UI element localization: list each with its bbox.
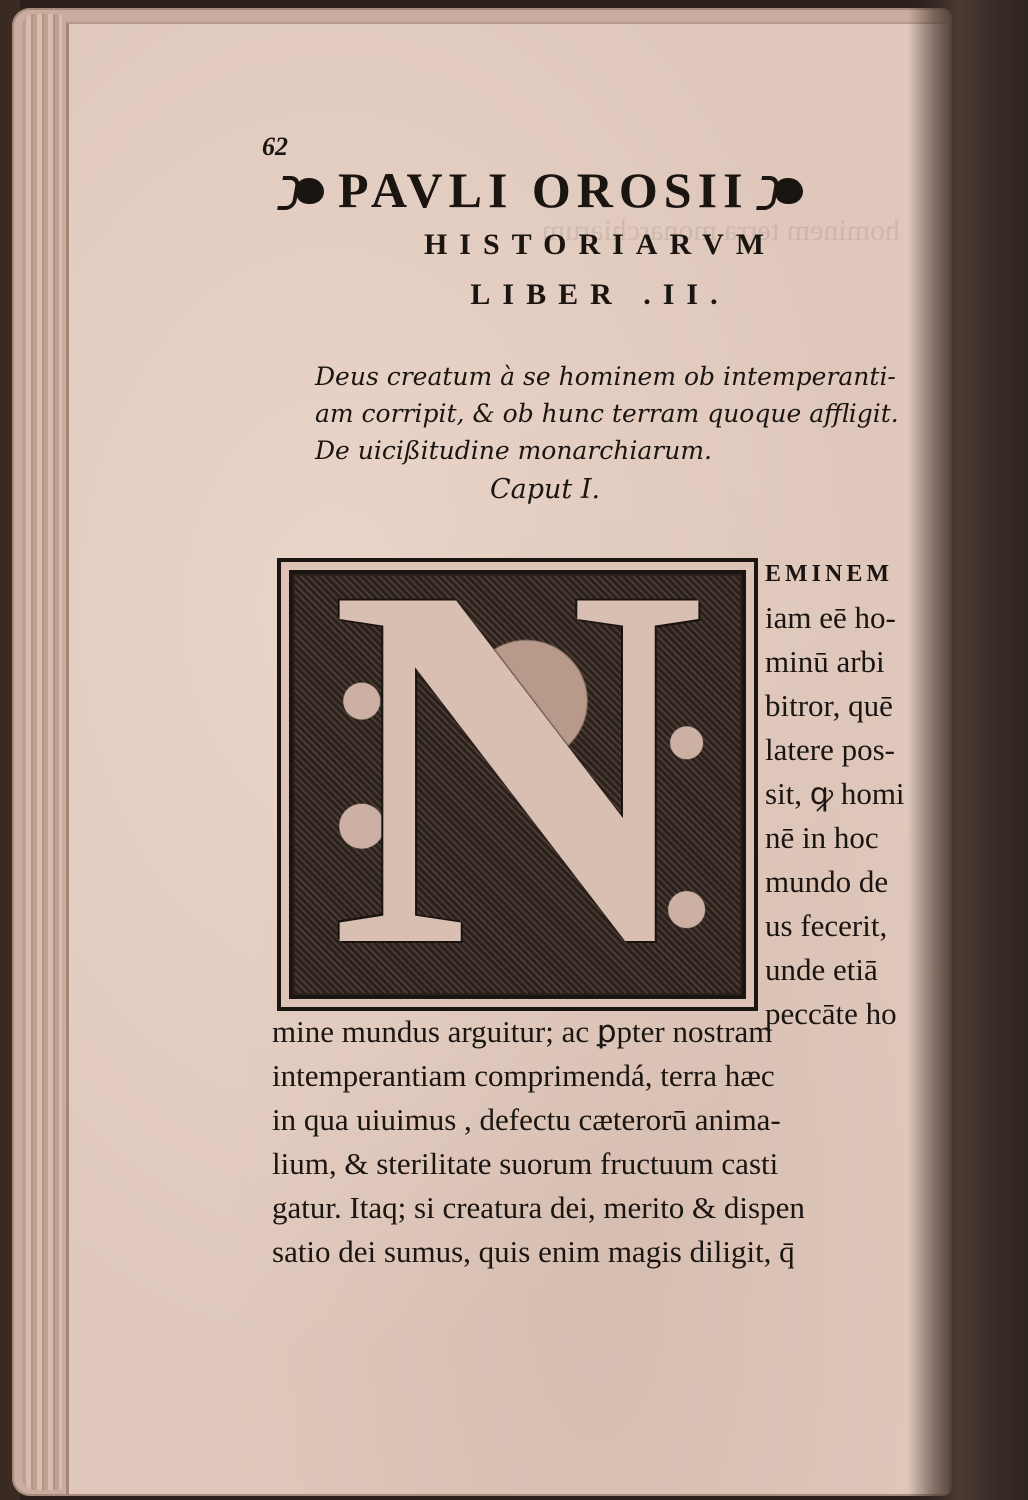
- text-line: unde etiā: [765, 948, 935, 992]
- subtitle-liber: LIBER .II.: [270, 278, 930, 312]
- summary-line: Deus creatum à se hominem ob intemperant…: [315, 358, 915, 395]
- text-line: mine mundus arguitur; ac ꝑpter nostram: [272, 1010, 952, 1054]
- chapter-heading: Caput I.: [490, 474, 600, 505]
- fleuron-left-icon: [278, 172, 330, 208]
- text-line: iam eē ho-: [765, 596, 935, 640]
- text-line: lium, & sterilitate suorum fructuum cast…: [272, 1142, 952, 1186]
- text-line: latere pos-: [765, 728, 935, 772]
- text-line: bitror, quē: [765, 684, 935, 728]
- chapter-summary: Deus creatum à se hominem ob intemperant…: [315, 358, 915, 469]
- text-line: mundo de: [765, 860, 935, 904]
- text-line: in qua uiuimus , defectu cæterorū anima-: [272, 1098, 952, 1142]
- text-line: sit, ꝙ homi: [765, 772, 935, 816]
- text-line: us fecerit,: [765, 904, 935, 948]
- running-title: PAVLI OROSII: [278, 165, 928, 215]
- initial-letter: N: [281, 558, 754, 977]
- text-line: satio dei sumus, quis enim magis diligit…: [272, 1230, 952, 1274]
- decorated-initial: N: [277, 558, 758, 1011]
- text-line: gatur. Itaq; si creatura dei, merito & d…: [272, 1186, 952, 1230]
- page-number: 62: [262, 132, 288, 162]
- text-line: minū arbi: [765, 640, 935, 684]
- summary-line: De uicißitudine monarchiarum.: [315, 432, 915, 469]
- subtitle-historiarum: HISTORIARVM: [270, 228, 930, 262]
- text-line: nē in hoc: [765, 816, 935, 860]
- title-text: PAVLI OROSII: [338, 165, 749, 215]
- side-column-text: EMINEM iam eē ho- minū arbi bitror, quē …: [765, 552, 935, 1036]
- text-line: EMINEM: [765, 552, 935, 596]
- fleuron-right-icon: [757, 172, 809, 208]
- summary-line: am corripit, & ob hunc terram quoque aff…: [315, 395, 915, 432]
- text-line: intemperantiam comprimendá, terra hæc: [272, 1054, 952, 1098]
- body-text: mine mundus arguitur; ac ꝑpter nostram i…: [272, 1010, 952, 1274]
